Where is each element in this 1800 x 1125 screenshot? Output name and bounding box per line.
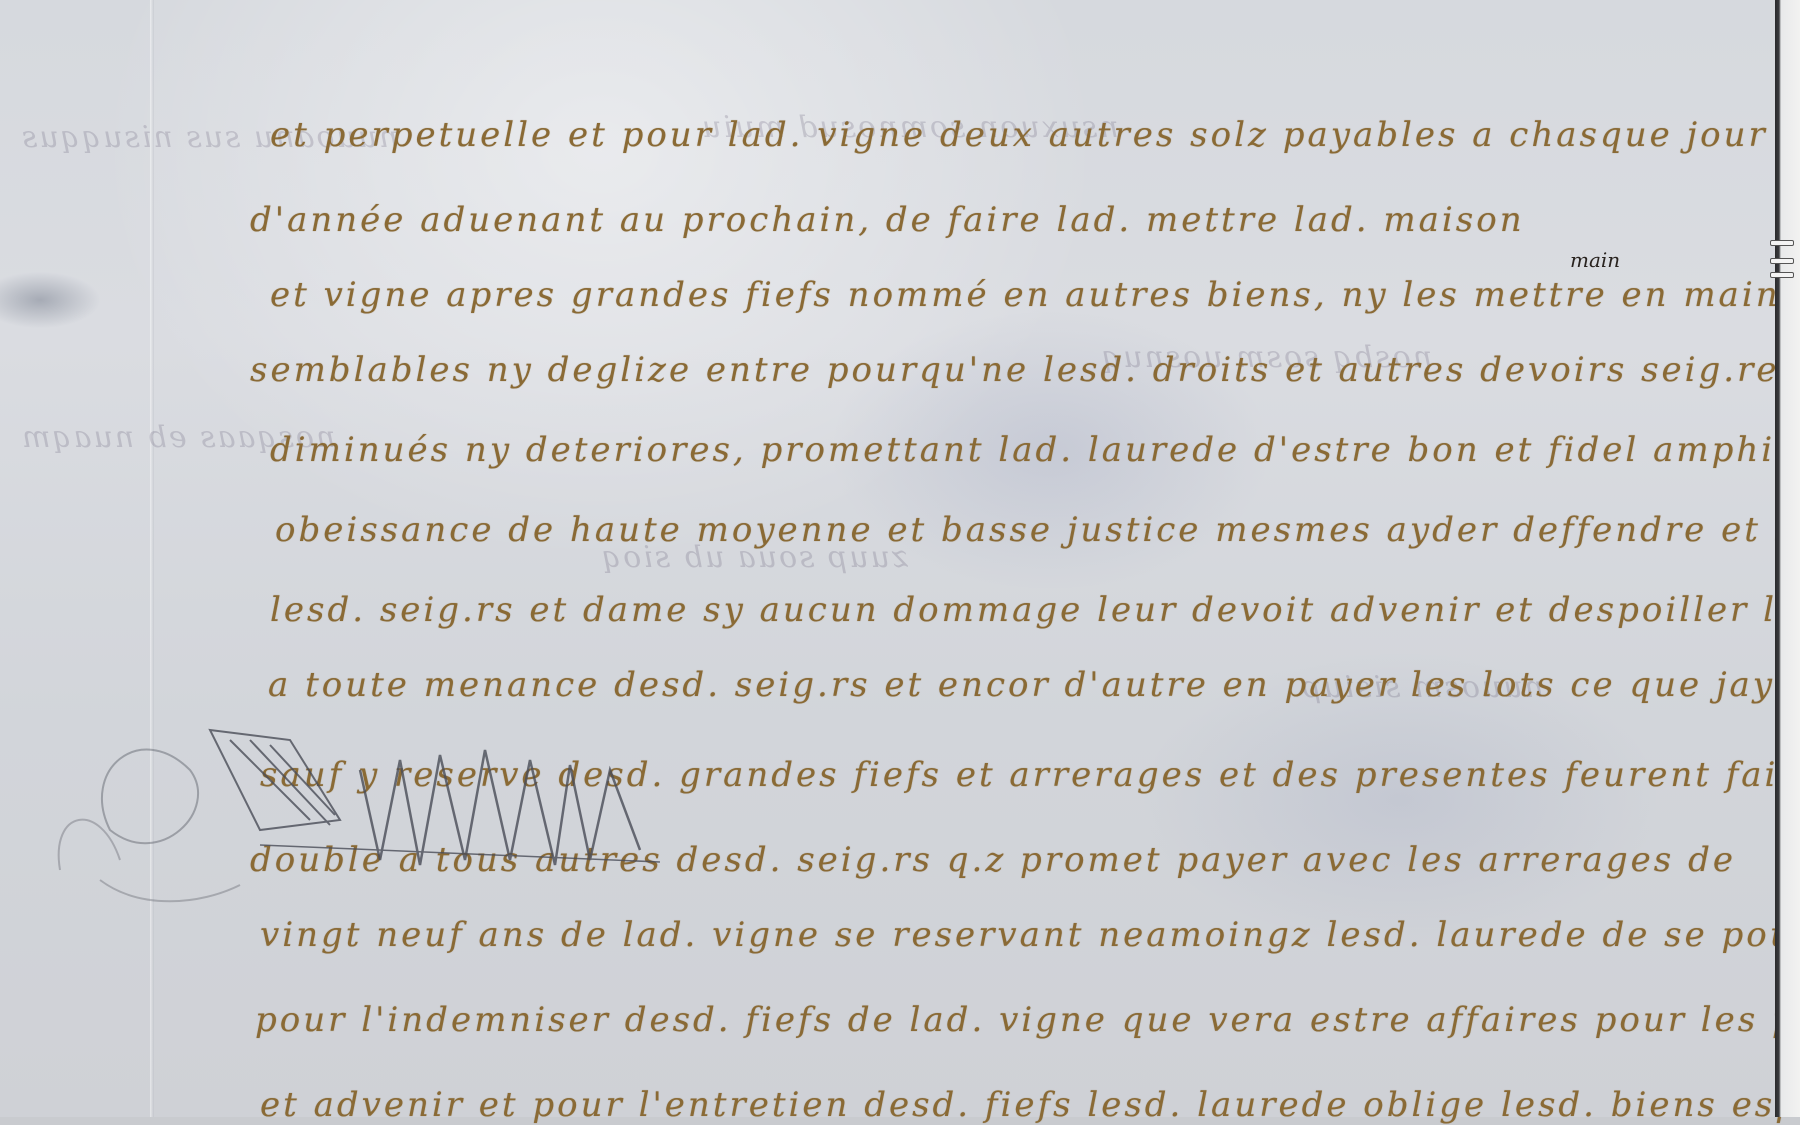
interlinear-insertion: main (1570, 248, 1620, 272)
manuscript-line: et perpetuelle et pour lad. vigne deux a… (270, 115, 1800, 155)
manuscript-line: semblables ny deglize entre pourqu'ne le… (250, 350, 1800, 390)
manuscript-line: diminués ny deteriores, promettant lad. … (270, 430, 1800, 470)
manuscript-line: d'année aduenant au prochain, de faire l… (250, 200, 1525, 240)
manuscript-line: et vigne apres grandes fiefs nommé en au… (270, 275, 1800, 315)
manuscript-line: et advenir et pour l'entretien desd. fie… (260, 1085, 1800, 1117)
manuscript-line: pour l'indemniser desd. fiefs de lad. vi… (255, 1000, 1800, 1040)
page-binding-edge (1775, 0, 1800, 1117)
binding-stitch (1770, 272, 1794, 278)
binding-stitch (1770, 258, 1794, 264)
manuscript-line: lesd. seig.rs et dame sy aucun dommage l… (270, 590, 1800, 630)
manuscript-line: vingt neuf ans de lad. vigne se reservan… (260, 915, 1800, 955)
manuscript-line: a toute menance desd. seig.rs et encor d… (268, 665, 1800, 705)
binding-stitch (1770, 240, 1794, 246)
manuscript-page: nuuoanu sus nisuqqus nsuxuon somnosud mu… (0, 0, 1775, 1117)
manuscript-line: obeissance de haute moyenne et basse jus… (275, 510, 1800, 550)
paper-fold-line (150, 0, 154, 1117)
pencil-signature-scribble (40, 710, 660, 910)
